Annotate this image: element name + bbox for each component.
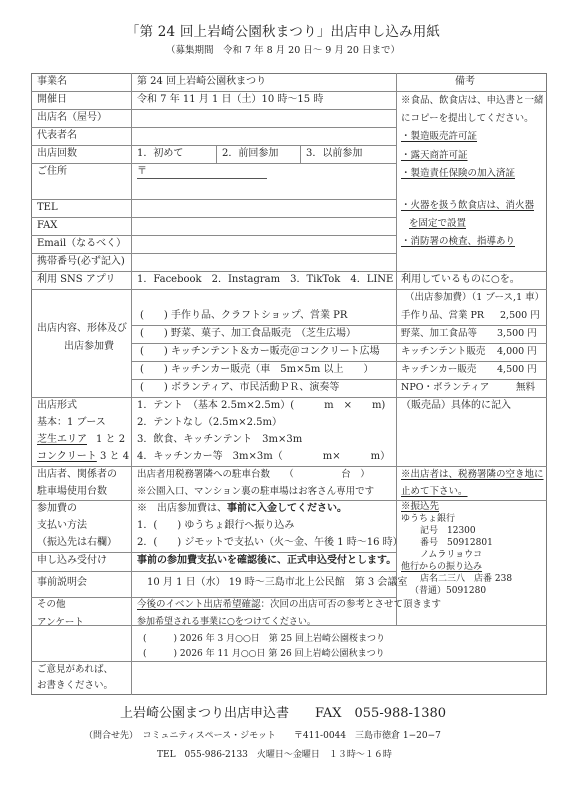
- label-format: 出店形式: [37, 399, 77, 413]
- value-date: 令和 7 年 11 月 1 日（土）10 時～15 時: [137, 93, 323, 107]
- label-mobile: 携帯番号(必ず記入): [37, 255, 125, 269]
- label-pay-1: 参加費の: [37, 502, 77, 516]
- content-option-volunteer[interactable]: ( ) ボランティア、市民活動ＰＲ、演奏等: [140, 381, 339, 395]
- format-lawn-nums: 1 と 2: [96, 433, 125, 447]
- content-option-kitchen-tent[interactable]: ( ) キッチンテント＆カー販売＠コンクリート広場: [140, 345, 380, 359]
- label-comments-1: ご意見があれば、: [37, 663, 113, 677]
- label-comments-2: お書きください。: [37, 679, 113, 693]
- label-fax: FAX: [37, 219, 57, 233]
- divider: [31, 91, 547, 92]
- label-event-name: 事業名: [37, 75, 67, 89]
- divider: [300, 145, 301, 163]
- label-parking-2: 駐車場使用台数: [37, 485, 107, 499]
- pay-note-bold: 事前に入金してください。: [227, 503, 347, 514]
- divider: [131, 361, 547, 362]
- fee-label: NPO・ボランティア: [401, 381, 489, 395]
- acceptance-value: 事前の参加費支払いを確認後に、正式申込受付とします。: [137, 554, 396, 568]
- remarks-fire3: ・消防署の検査、指導あり: [401, 235, 515, 249]
- fee-price: 4,000 円: [497, 345, 537, 359]
- label-survey: アンケート: [37, 616, 84, 630]
- label-content-2: 出店参加費: [64, 340, 114, 354]
- parking-count[interactable]: 出店者用税務署隣への駐車台数 （ 台 ）: [137, 468, 370, 482]
- representative-field[interactable]: [132, 128, 396, 145]
- remarks-header: 備考: [455, 75, 475, 89]
- pay-option-jimotto[interactable]: 2．( ) ジモットで支払い（火～金、午後 1 時～16 時）: [137, 536, 403, 550]
- bank-account: （普通）5091280: [410, 585, 486, 597]
- remarks-fire1: ・火器を扱う飲食店は、消火器: [401, 199, 534, 213]
- option-first-time[interactable]: 1．初めて: [137, 147, 183, 161]
- option-previous[interactable]: 2．前回参加: [222, 147, 278, 161]
- fax-field[interactable]: [132, 218, 396, 235]
- fee-label: 手作り品、営業 PR: [401, 309, 484, 323]
- label-pay-2: 支払い方法: [37, 519, 87, 533]
- format-option-no-tent[interactable]: 2．テントなし（2.5m×2.5m）: [137, 416, 282, 430]
- address-field[interactable]: [132, 164, 396, 199]
- bank-other-header: 他行からの振り込み: [401, 561, 482, 573]
- comments-field[interactable]: [132, 662, 546, 694]
- remarks-line1: ※食品、飲食店は、申込書と一緒: [401, 94, 544, 108]
- fee-price: 3,500 円: [497, 327, 537, 341]
- format-option-kitchen-car[interactable]: 4．キッチンカー等 3m×3m（ m× m）: [137, 450, 390, 464]
- shop-name-field[interactable]: [132, 110, 396, 127]
- remarks-insurance: ・製造責任保険の加入済証: [401, 167, 515, 181]
- parking-note: ※公園入口、マンション裏の駐車場はお客さん専用です: [137, 485, 374, 499]
- content-option-kitchen-car[interactable]: ( ) キッチンカー販売（車 5m×5m 以上 ）: [140, 363, 374, 377]
- label-briefing: 事前説明会: [37, 576, 87, 590]
- bank-name: ゆうちょ銀行: [401, 513, 455, 525]
- label-address: ご住所: [37, 165, 67, 179]
- divider: [131, 379, 547, 380]
- format-concrete-nums: 3 と 4: [100, 450, 129, 464]
- tel-field[interactable]: [132, 200, 396, 217]
- fee-header: （出店参加費）（1 ブース,1 車）: [405, 291, 544, 305]
- goods-field[interactable]: [397, 414, 547, 466]
- fee-price: 2,500 円: [500, 309, 540, 323]
- label-pay-3: （振込先は右欄）: [37, 536, 117, 550]
- divider: [216, 145, 217, 163]
- label-store-count: 出店回数: [37, 147, 77, 161]
- label-email: Email（なるべく）: [37, 237, 126, 251]
- parking-remark-2: 止めて下さい。: [401, 485, 468, 499]
- briefing-value: 10 月 1 日（水） 19 時～三島市北上公民館 第 3 会議室: [147, 576, 407, 590]
- form-subtitle: （募集期間 令和 7 年 8 月 20 日～ 9 月 20 日まで）: [0, 42, 566, 56]
- pay-option-bank[interactable]: 1．( ) ゆうちょ銀行へ振り込み: [137, 519, 294, 533]
- sns-note: 利用しているものに○を。: [401, 273, 520, 287]
- goods-note: （販売品）具体的に記入: [401, 399, 511, 413]
- label-tel: TEL: [37, 201, 58, 215]
- label-parking-1: 出店者、関係者の: [37, 468, 117, 482]
- label-acceptance: 申し込み受付け: [37, 554, 107, 568]
- fee-label: キッチンカー販売: [401, 363, 476, 377]
- format-option-tent[interactable]: 1．テント （基本 2.5m×2.5m）( m × m): [137, 399, 385, 413]
- survey-title-rest: ：次回の出店可否の参考とさせて頂きます: [261, 599, 442, 610]
- format-basic: 基本：1 ブース: [37, 416, 106, 430]
- survey-title-line: 今後のイベント出店希望確認：次回の出店可否の参考とさせて頂きます: [137, 598, 441, 612]
- divider: [31, 466, 547, 467]
- bank-symbol: 記号 12300: [420, 525, 476, 537]
- mobile-field[interactable]: [132, 254, 396, 271]
- label-sns: 利用 SNS アプリ: [37, 273, 115, 287]
- remarks-fire2: を固定で設置: [409, 217, 466, 231]
- fee-label: 野菜、加工食品等: [401, 327, 477, 341]
- content-option-food[interactable]: ( ) 野菜、菓子、加工食品販売 （芝生広場）: [140, 327, 356, 341]
- divider: [131, 343, 547, 344]
- format-option-kitchen-tent[interactable]: 3．飲食、キッチンテント 3m×3m: [137, 433, 302, 447]
- footer-contact: （問合せ先） コミュニティスペース・ジモット 〒411-0044 三島市徳倉 1…: [84, 728, 441, 741]
- bank-number: 番号 50912801: [420, 537, 493, 549]
- label-date: 開催日: [37, 93, 67, 107]
- divider: [131, 325, 547, 326]
- divider: [31, 571, 396, 572]
- content-option-craft[interactable]: ( ) 手作り品、クラフトショップ、営業 PR: [140, 309, 347, 323]
- label-other: その他: [37, 598, 66, 612]
- value-event-name: 第 24 回上岩崎公園秋まつり: [137, 75, 266, 89]
- sns-options[interactable]: 1．Facebook 2．Instagram 3．TikTok 4．LINE: [137, 273, 393, 287]
- divider: [31, 145, 396, 146]
- format-lawn: 芝生エリア: [37, 433, 87, 447]
- bank-header: ※振込先: [401, 501, 439, 513]
- pay-note-prefix: ※ 出店参加費は、: [137, 503, 227, 514]
- label-content-1: 出店内容、形体及び: [37, 322, 127, 336]
- bank-holder: ノムラリョウコ: [420, 549, 482, 561]
- fee-label: キッチンテント販売: [401, 345, 485, 359]
- divider: [31, 271, 547, 272]
- survey-option-spring[interactable]: ( ) 2026 年 3 月○○日 第 25 回上岩崎公園桜まつり: [143, 632, 385, 646]
- survey-option-autumn[interactable]: ( ) 2026 年 11 月○○日 第 26 回上岩崎公園秋まつり: [143, 647, 385, 661]
- form-title: 「第 24 回上岩崎公園秋まつり」出店申し込み用紙: [0, 20, 566, 40]
- remarks-permit-vendor: ・露天商許可証: [401, 149, 468, 163]
- remarks-permit-sales: ・製造販売許可証: [401, 130, 477, 144]
- remarks-line2: にコピーを提出してください。: [401, 112, 534, 126]
- divider: [31, 397, 547, 398]
- email-field[interactable]: [132, 236, 396, 253]
- footer-title: 上岩崎公園まつり出店申込書 FAX 055-988-1380: [0, 702, 566, 721]
- pay-note: ※ 出店参加費は、事前に入金してください。: [137, 502, 347, 516]
- survey-instruction: 参加希望される事業に○をつけてください。: [137, 615, 316, 629]
- option-past[interactable]: 3．以前参加: [306, 147, 362, 161]
- survey-title: 今後のイベント出店希望確認: [137, 599, 261, 610]
- divider: [31, 289, 547, 290]
- label-shop-name: 出店名（屋号）: [37, 111, 107, 125]
- format-concrete: コンクリート: [37, 450, 97, 464]
- bank-branch: 店名二三八 店番 238: [420, 573, 512, 585]
- parking-remark-1: ※出店者は、税務署隣の空き地に: [401, 468, 544, 482]
- fee-price: 4,500 円: [497, 363, 537, 377]
- footer-tel: TEL 055-986-2133 火曜日～金曜日 １３時～１６時: [157, 747, 392, 760]
- divider: [31, 552, 396, 553]
- fee-price: 無料: [516, 381, 535, 395]
- divider: [31, 500, 547, 501]
- label-representative: 代表者名: [37, 129, 77, 143]
